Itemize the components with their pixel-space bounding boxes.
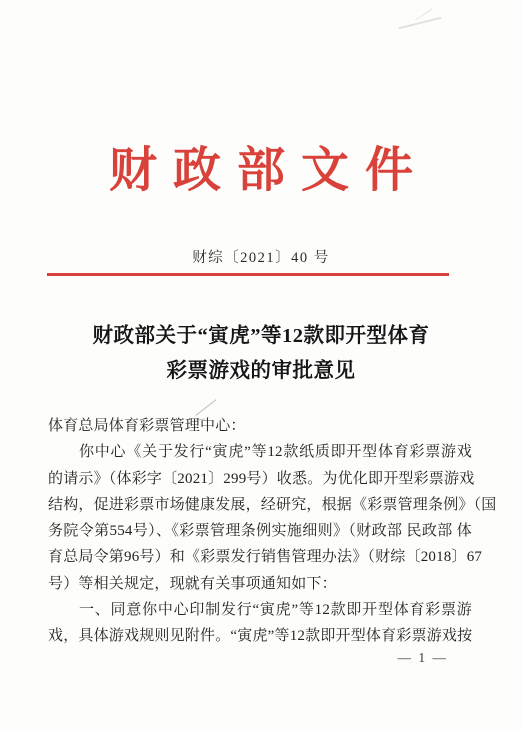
agency-letterhead-title: 财政部文件	[0, 141, 522, 201]
body-line: 结构，促进彩票市场健康发展，经研究，根据《彩票管理条例》（国	[48, 492, 472, 518]
body-line: 体育总局体育彩票管理中心：	[48, 413, 472, 439]
document-body: 体育总局体育彩票管理中心：你中心《关于发行“寅虎”等12款纸质即开型体育彩票游戏…	[48, 413, 472, 650]
body-line: 号）等相关规定，现就有关事项通知如下：	[48, 571, 472, 597]
body-line: 的请示》（体彩字〔2021〕299号）收悉。为优化即开型彩票游戏	[48, 466, 472, 492]
body-line: 育总局令第96号）和《彩票发行销售管理办法》（财综〔2018〕67	[48, 544, 472, 570]
page-number: — 1 —	[398, 650, 449, 666]
document-page: 财政部文件 财综〔2021〕40 号 财政部关于“寅虎”等12款即开型体育 彩票…	[0, 0, 522, 731]
body-line: 一、同意你中心印制发行“寅虎”等12款即开型体育彩票游	[48, 597, 472, 623]
body-line: 你中心《关于发行“寅虎”等12款纸质即开型体育彩票游戏	[48, 439, 472, 465]
body-line: 戏，具体游戏规则见附件。“寅虎”等12款即开型体育彩票游戏按	[48, 623, 472, 649]
body-line: 务院令第554号）、《彩票管理条例实施细则》（财政部 民政部 体	[48, 518, 472, 544]
document-number: 财综〔2021〕40 号	[0, 246, 522, 267]
red-divider-line	[47, 273, 449, 276]
scan-artifact-smudge	[398, 17, 441, 29]
document-title-line1: 财政部关于“寅虎”等12款即开型体育	[0, 319, 522, 354]
document-title-line2: 彩票游戏的审批意见	[0, 354, 522, 389]
document-title: 财政部关于“寅虎”等12款即开型体育 彩票游戏的审批意见	[0, 319, 522, 389]
